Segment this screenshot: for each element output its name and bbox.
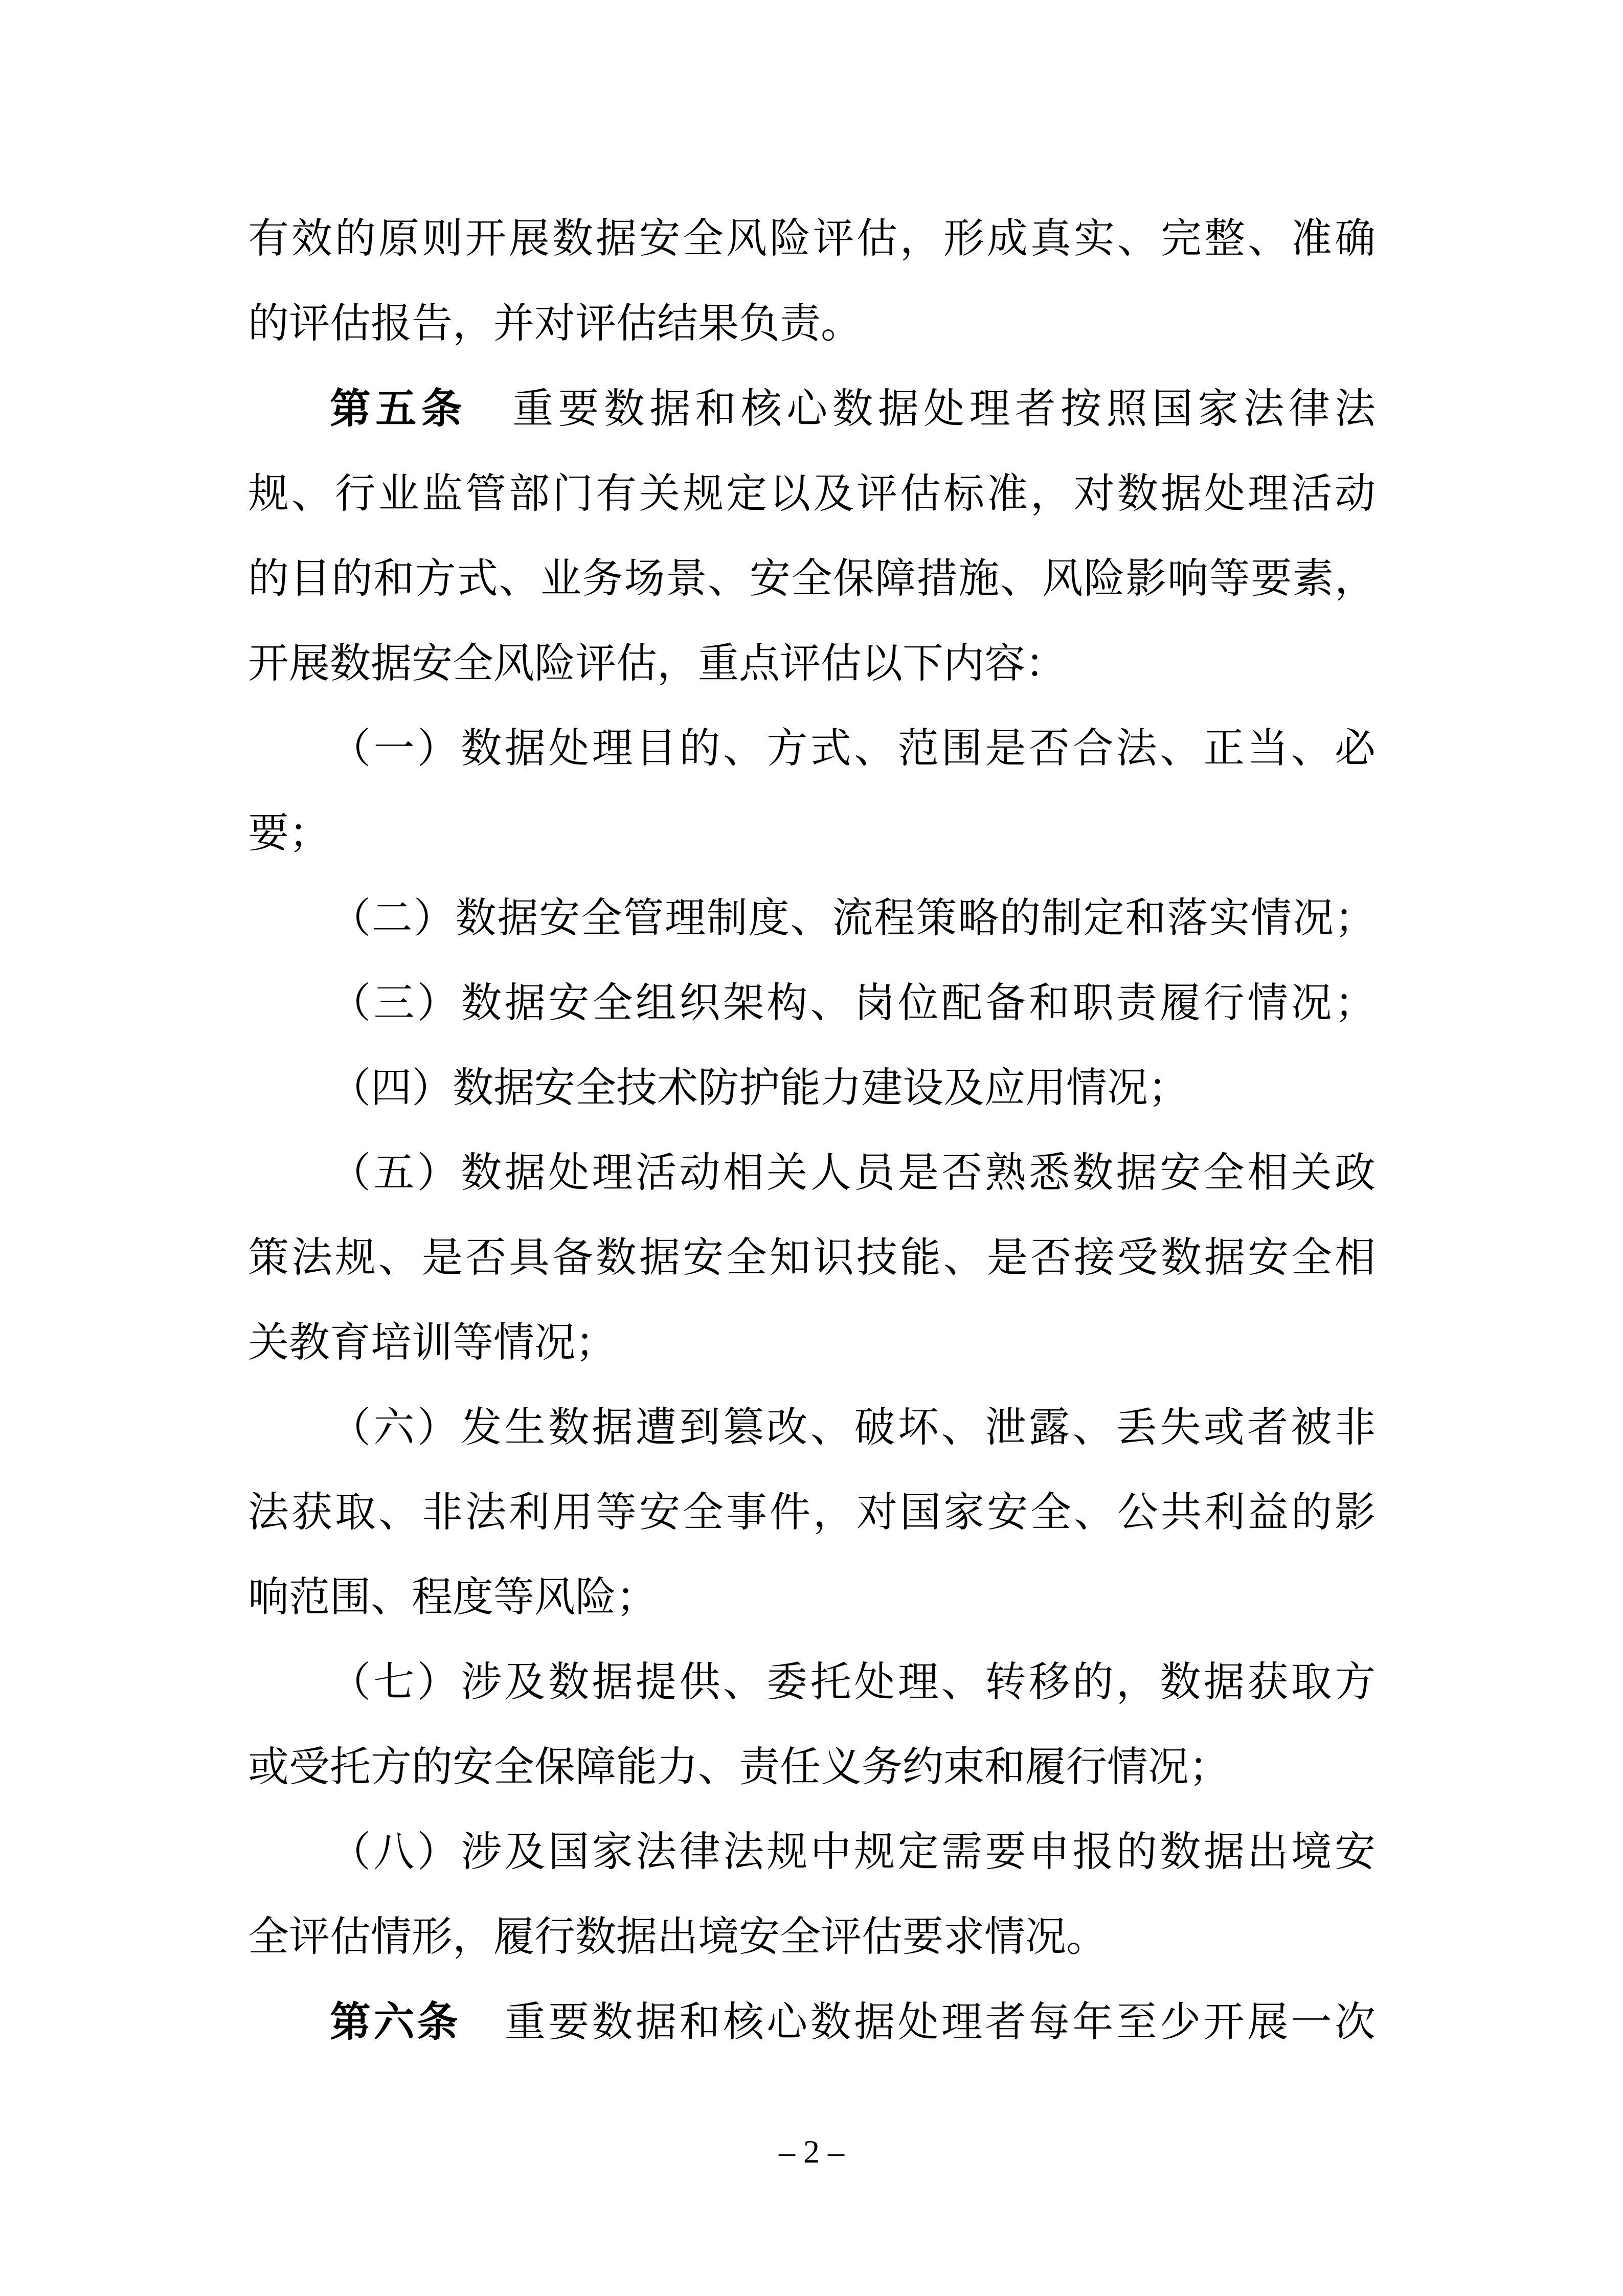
text-line: 的目的和方式、业务场景、安全保障措施、风险影响等要素，	[248, 536, 1376, 621]
line-text: （三）数据安全组织架构、岗位配备和职责履行情况；	[330, 981, 1376, 1026]
text-line: 开展数据安全风险评估，重点评估以下内容：	[248, 621, 1376, 706]
item-7-line: （七）涉及数据提供、委托处理、转移的，数据获取方	[248, 1640, 1376, 1725]
text-line: 法获取、非法利用等安全事件，对国家安全、公共利益的影	[248, 1470, 1376, 1555]
line-text: （八）涉及国家法律法规中规定需要申报的数据出境安	[330, 1830, 1376, 1875]
article-number: 第六条	[330, 1999, 461, 2044]
line-text: （七）涉及数据提供、委托处理、转移的，数据获取方	[330, 1660, 1376, 1705]
text-line: 规、行业监管部门有关规定以及评估标准，对数据处理活动	[248, 452, 1376, 536]
document-page: 有效的原则开展数据安全风险评估，形成真实、完整、准确 的评估报告，并对评估结果负…	[0, 0, 1623, 2296]
line-text: （一）数据处理目的、方式、范围是否合法、正当、必	[330, 726, 1376, 771]
text-line: 有效的原则开展数据安全风险评估，形成真实、完整、准确	[248, 196, 1376, 281]
line-text: 规、行业监管部门有关规定以及评估标准，对数据处理活动	[248, 471, 1376, 516]
item-6-line: （六）发生数据遭到篡改、破坏、泄露、丢失或者被非	[248, 1385, 1376, 1470]
article-6-line: 第六条 重要数据和核心数据处理者每年至少开展一次	[248, 1979, 1376, 2065]
line-text: 重要数据和核心数据处理者按照国家法律法	[467, 387, 1376, 432]
article-number: 第五条	[330, 386, 467, 431]
line-text: 响范围、程度等风险；	[248, 1575, 657, 1620]
line-text: 或受托方的安全保障能力、责任义务约束和履行情况；	[248, 1745, 1230, 1790]
line-text: （四）数据安全技术防护能力建设及应用情况；	[330, 1066, 1189, 1111]
text-line: 全评估情形，履行数据出境安全评估要求情况。	[248, 1895, 1376, 1979]
line-text: 策法规、是否具备数据安全知识技能、是否接受数据安全相	[248, 1235, 1376, 1280]
text-line: 策法规、是否具备数据安全知识技能、是否接受数据安全相	[248, 1215, 1376, 1300]
item-3-line: （三）数据安全组织架构、岗位配备和职责履行情况；	[248, 961, 1376, 1046]
line-text: （六）发生数据遭到篡改、破坏、泄露、丢失或者被非	[330, 1405, 1376, 1450]
text-line: 要；	[248, 791, 1376, 876]
item-8-line: （八）涉及国家法律法规中规定需要申报的数据出境安	[248, 1810, 1376, 1895]
text-line: 关教育培训等情况；	[248, 1300, 1376, 1385]
text-line: 的评估报告，并对评估结果负责。	[248, 281, 1376, 366]
line-text: 有效的原则开展数据安全风险评估，形成真实、完整、准确	[248, 216, 1376, 261]
document-body: 有效的原则开展数据安全风险评估，形成真实、完整、准确 的评估报告，并对评估结果负…	[248, 196, 1376, 2065]
line-text: 开展数据安全风险评估，重点评估以下内容：	[248, 641, 1066, 686]
page-number: – 2 –	[0, 2131, 1623, 2172]
item-5-line: （五）数据处理活动相关人员是否熟悉数据安全相关政	[248, 1131, 1376, 1215]
article-5-line: 第五条 重要数据和核心数据处理者按照国家法律法	[248, 366, 1376, 452]
item-1-line: （一）数据处理目的、方式、范围是否合法、正当、必	[248, 706, 1376, 791]
text-line: 或受托方的安全保障能力、责任义务约束和履行情况；	[248, 1725, 1376, 1810]
line-text: 重要数据和核心数据处理者每年至少开展一次	[461, 2000, 1376, 2045]
item-2-line: （二）数据安全管理制度、流程策略的制定和落实情况；	[248, 876, 1376, 961]
line-text: （二）数据安全管理制度、流程策略的制定和落实情况；	[330, 896, 1376, 941]
item-4-line: （四）数据安全技术防护能力建设及应用情况；	[248, 1046, 1376, 1131]
text-line: 响范围、程度等风险；	[248, 1555, 1376, 1640]
line-text: 关教育培训等情况；	[248, 1320, 616, 1365]
line-text: （五）数据处理活动相关人员是否熟悉数据安全相关政	[330, 1151, 1376, 1196]
line-text: 要；	[248, 811, 330, 856]
line-text: 的目的和方式、业务场景、安全保障措施、风险影响等要素，	[248, 556, 1376, 601]
line-text: 的评估报告，并对评估结果负责。	[248, 301, 862, 346]
line-text: 全评估情形，履行数据出境安全评估要求情况。	[248, 1915, 1107, 1960]
line-text: 法获取、非法利用等安全事件，对国家安全、公共利益的影	[248, 1490, 1376, 1535]
